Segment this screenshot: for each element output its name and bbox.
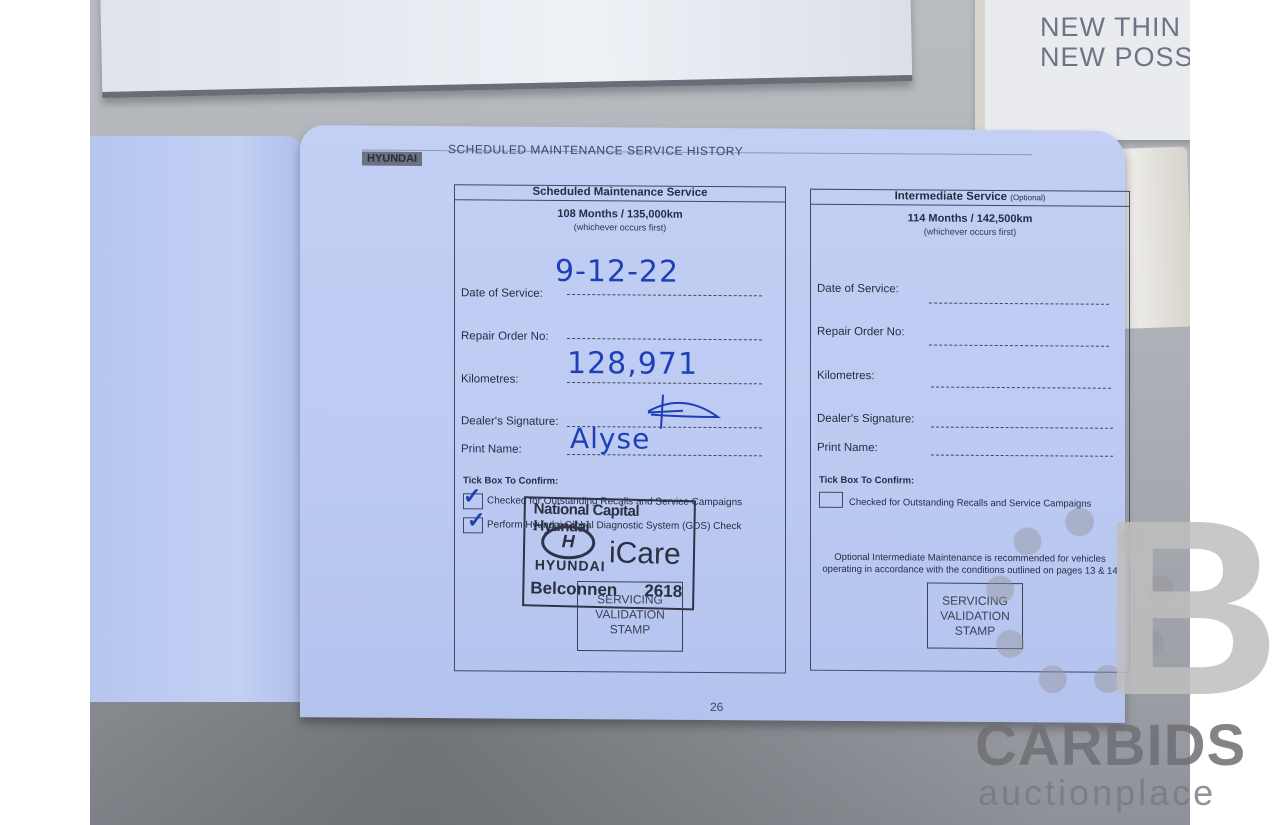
kilometres-line[interactable] <box>931 387 1111 389</box>
watermark-tagline: auctionplace <box>978 772 1216 814</box>
print-name-label: Print Name: <box>817 442 878 454</box>
closed-booklet <box>100 0 912 98</box>
dealer-signature-label: Dealer's Signature: <box>817 413 914 426</box>
product-box: NEW THIN NEW POSS <box>975 0 1190 140</box>
box-slogan: NEW THIN NEW POSS <box>1040 12 1190 72</box>
handwritten-signature <box>643 387 723 433</box>
date-line <box>567 294 762 296</box>
kilometres-label: Kilometres: <box>461 373 519 385</box>
date-line[interactable] <box>929 303 1109 305</box>
page-title: SCHEDULED MAINTENANCE SERVICE HISTORY <box>448 142 743 158</box>
dealer-brand: HYUNDAI <box>535 556 606 574</box>
watermark-logo-letter: B <box>1100 508 1280 708</box>
repair-order-line[interactable] <box>567 338 762 340</box>
repair-order-label: Repair Order No: <box>461 330 549 343</box>
dealer-signature-label: Dealer's Signature: <box>461 415 558 428</box>
kilometres-label: Kilometres: <box>817 370 875 382</box>
recalls-check-label: Checked for Outstanding Recalls and Serv… <box>849 497 1091 510</box>
date-of-service-value[interactable]: 9-12-22 <box>555 254 679 290</box>
panel-heading: Scheduled Maintenance Service <box>455 185 785 202</box>
left-page <box>90 136 305 702</box>
validation-stamp-box: SERVICING VALIDATION STAMP <box>577 581 683 652</box>
service-interval: 108 Months / 135,000km <box>455 207 785 221</box>
print-name-value[interactable]: Alyse <box>570 422 650 456</box>
photo: NEW THIN NEW POSS HYUNDAI SCHEDULED MAIN… <box>90 0 1190 825</box>
brand-tag: HYUNDAI <box>362 152 422 166</box>
hyundai-logo-icon: H <box>541 525 596 560</box>
tick-box-title: Tick Box To Confirm: <box>819 475 914 487</box>
interval-note: (whichever occurs first) <box>811 226 1129 238</box>
dealer-program: iCare <box>609 536 681 572</box>
signature-line[interactable] <box>931 427 1113 429</box>
page-number: 26 <box>710 700 723 714</box>
date-of-service-label: Date of Service: <box>461 287 543 300</box>
print-name-line[interactable] <box>931 455 1113 457</box>
watermark-brand: CARBIDS <box>975 712 1246 779</box>
open-service-booklet: HYUNDAI SCHEDULED MAINTENANCE SERVICE HI… <box>90 128 1130 728</box>
scheduled-service-panel: Scheduled Maintenance Service 108 Months… <box>454 184 786 673</box>
recalls-checkbox[interactable] <box>819 492 843 508</box>
repair-order-label: Repair Order No: <box>817 326 905 339</box>
checkmark-icon: ✓ <box>467 507 485 533</box>
print-name-label: Print Name: <box>461 443 522 455</box>
kilometres-line <box>567 382 762 384</box>
interval-note: (whichever occurs first) <box>455 221 785 233</box>
panel-heading: Intermediate Service (Optional) <box>811 190 1129 207</box>
repair-order-line[interactable] <box>929 345 1109 347</box>
kilometres-value[interactable]: 128,971 <box>567 346 698 382</box>
service-interval: 114 Months / 142,500km <box>811 212 1129 226</box>
checkmark-icon: ✓ <box>463 483 481 509</box>
date-of-service-label: Date of Service: <box>817 283 899 296</box>
